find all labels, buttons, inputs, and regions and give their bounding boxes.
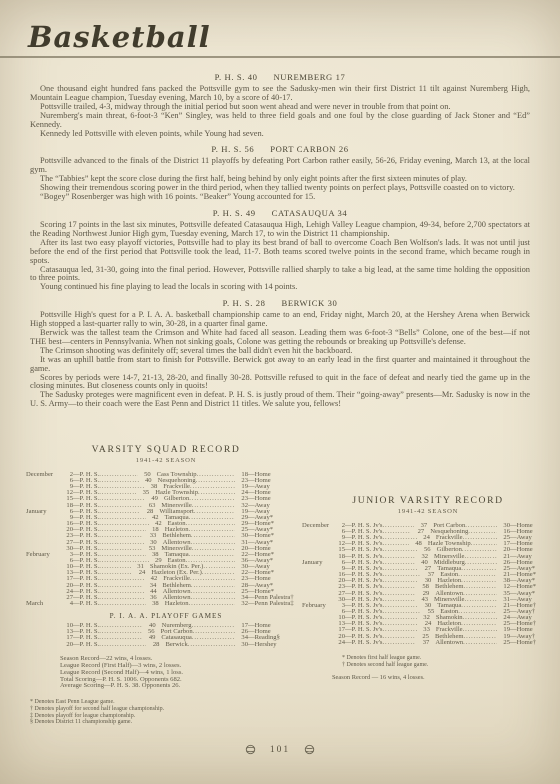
opponent-name: Berwick [165,642,187,648]
opponent-score: 25 [497,640,510,646]
varsity-title: VARSITY SQUAD RECORD [26,447,306,454]
footnote-line: ‡ Denotes playoff for league championshi… [30,713,306,720]
record-day: 20 [63,642,73,648]
page-footer: 101 [0,744,560,755]
dot-leader [99,601,146,607]
game-heading: P. H. S. 28BERWICK 30 [30,298,530,308]
article-paragraph: Young continued his fine playing to lead… [30,283,530,292]
article-paragraph: Scoring 17 points in the last six minute… [30,221,530,239]
jv-record-table: JUNIOR VARSITY RECORD 1941-42 SEASON Dec… [302,498,554,682]
opponent-score-heading: BERWICK 30 [282,298,338,308]
venue: —Home† [510,640,554,646]
venue: —Hershey [248,642,306,648]
footnote-line: * Denotes first half league game. [342,655,554,662]
jv-footnotes: * Denotes first half league game.† Denot… [342,655,554,668]
article-paragraph: Scores by periods were 14-7, 21-13, 28-2… [30,374,530,392]
dot-leader [463,640,497,646]
opponent-score-heading: CATASAUQUA 34 [272,208,348,218]
playoff-title: P. I. A. A. PLAYOFF GAMES [26,613,306,620]
varsity-record-table: VARSITY SQUAD RECORD 1941-42 SEASON Dece… [26,447,306,726]
record-team-label: —P. H. S. [73,642,99,648]
masthead-divider [0,56,560,58]
opponent-score: 32 [235,601,248,607]
basketball-icon [304,744,315,755]
venue: —Penn Palestra‡ [248,601,306,607]
varsity-summary: Season Record—22 wins, 4 losses.League R… [60,656,306,691]
opponent-score-heading: NUREMBERG 17 [274,72,346,82]
footnote-line: † Denotes second half league game. [342,662,554,669]
opponent-name: Hazleton [165,601,189,607]
opponent-name: Allentown [435,640,463,646]
article-paragraph: “Bogey” Rosenberger was high with 16 poi… [30,193,530,202]
record-team-label: —P. H. S. [73,601,99,607]
record-row: March4—P. H. S.38Hazleton32—Penn Palestr… [26,601,306,607]
jv-season: 1941-42 SEASON [302,509,554,516]
phs-score-heading: P. H. S. 56 [211,144,254,154]
page-number: 101 [270,745,290,755]
opponent-score: 30 [235,642,248,648]
jv-title: JUNIOR VARSITY RECORD [302,498,554,505]
jv-season-record: Season Record — 16 wins, 4 losses. [332,675,554,682]
article-paragraph: One thousand eight hundred fans packed t… [30,85,530,103]
varsity-footnotes: * Denotes East Penn League game.† Denote… [30,699,306,726]
article-paragraph: After its last two easy playoff victorie… [30,239,530,266]
playoff-rows: 10—P. H. S.40Nuremberg17—Home13—P. H. S.… [26,623,306,648]
record-day: 4 [63,601,73,607]
article-body: P. H. S. 40NUREMBERG 17One thousand eigh… [30,66,530,409]
record-day: 24 [335,640,345,646]
phs-score: 28 [146,642,159,648]
summary-line: Average Scoring—P. H. S. 38. Opponents 2… [60,683,306,690]
record-month: December [302,523,335,529]
record-month: January [26,509,63,515]
article-paragraph: Catasauqua led, 31-30, going into the fi… [30,266,530,284]
yearbook-page: Basketball P. H. S. 40NUREMBERG 17One th… [0,0,560,784]
game-heading: P. H. S. 49CATASAUQUA 34 [30,208,530,218]
page-title: Basketball [28,20,211,54]
record-month: February [302,603,335,609]
article-paragraph: Pottsville High's quest for a P. I. A. A… [30,311,530,329]
jv-rows: December2—P. H. S. Jv's37Port Carbon30—H… [302,523,554,646]
record-row: 20—P. H. S.28Berwick30—Hershey [26,642,306,648]
basketball-icon [245,744,256,755]
footnote-line: † Denotes playoff for second half league… [30,706,306,713]
varsity-rows: December2—P. H. S.50Cass Township18—Home… [26,472,306,607]
dot-leader [99,642,146,648]
footnote-line: § Denotes District 11 championship game. [30,719,306,726]
game-heading: P. H. S. 40NUREMBERG 17 [30,72,530,82]
phs-score: 38 [146,601,159,607]
record-row: 24—P. H. S. Jv's37Allentown25—Home† [302,640,554,646]
dot-leader [189,601,236,607]
record-month: January [302,560,335,566]
record-team-label: —P. H. S. Jv's [345,640,382,646]
game-heading: P. H. S. 56PORT CARBON 26 [30,144,530,154]
record-month: December [26,472,63,478]
phs-score-heading: P. H. S. 40 [215,72,258,82]
phs-score-heading: P. H. S. 49 [213,208,256,218]
article-paragraph: Nuremberg's main threat, 6-foot-3 “Ken” … [30,112,530,130]
footnote-line: * Denotes East Penn League game. [30,699,306,706]
record-month: March [26,601,63,607]
phs-score: 37 [416,640,429,646]
dot-leader [382,640,416,646]
opponent-score-heading: PORT CARBON 26 [270,144,348,154]
article-paragraph: Berwick was the tallest team the Crimson… [30,329,530,347]
article-paragraph: It was an uphill battle from start to fi… [30,356,530,374]
article-paragraph: The Sadusky proteges were magnificent ev… [30,391,530,409]
varsity-season: 1941-42 SEASON [26,458,306,465]
phs-score-heading: P. H. S. 28 [223,298,266,308]
article-paragraph: Kennedy led Pottsville with eleven point… [30,130,530,139]
article-paragraph: Pottsville advanced to the finals of the… [30,157,530,175]
dot-leader [188,642,235,648]
record-month: February [26,552,63,558]
